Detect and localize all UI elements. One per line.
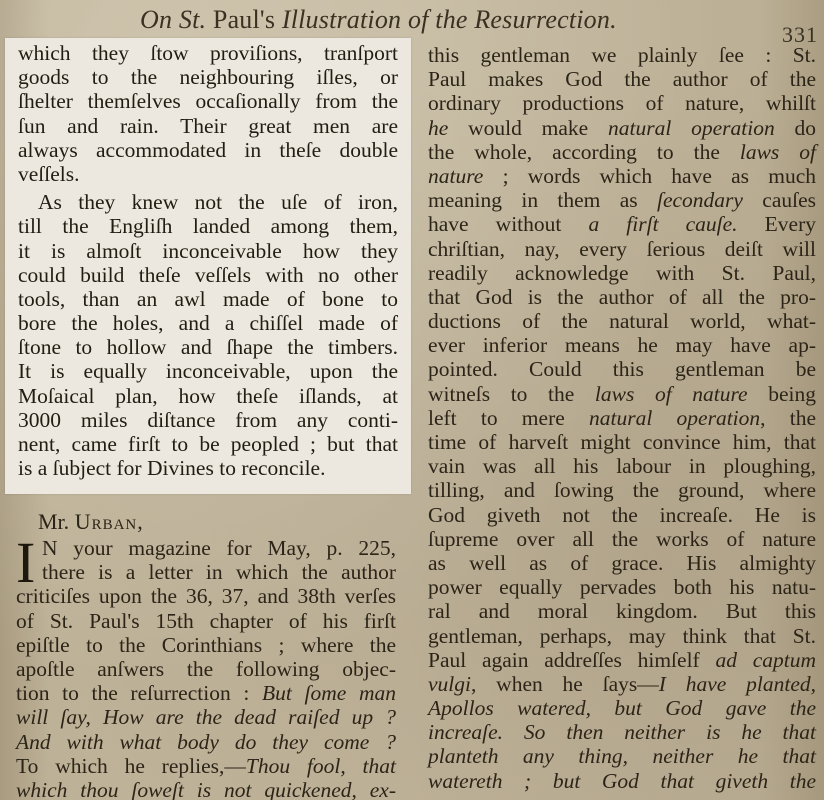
text-roman: time of harveſt might convince him, that (428, 430, 816, 454)
text-roman: left to mere (428, 406, 589, 430)
text-roman: readily acknowledge with St. Paul, (428, 261, 816, 285)
text-line: will ſay, How are the dead raiſed up ? (16, 705, 396, 729)
letter-to-mr-urban: Mr. Urban, I N your magazine for May, p.… (16, 510, 396, 800)
text-line: It is equally inconceivable, upon the (18, 359, 398, 383)
text-line: God giveth not the increaſe. He is (428, 503, 816, 527)
text-line: left to mere natural operation, the (428, 406, 816, 430)
text-italic: a firſt cauſe. (588, 212, 737, 236)
text-line: N your magazine for May, p. 225, (16, 536, 396, 560)
text-line: till the Engliſh landed among them, (18, 214, 398, 238)
letter-body: I N your magazine for May, p. 225, there… (16, 536, 396, 800)
text-roman: Every (738, 212, 816, 236)
right-column: this gentleman we plainly ſee : St.Paul … (428, 43, 816, 793)
salutation-name: Urban, (75, 509, 144, 534)
text-roman: ral and moral kingdom. But this (428, 599, 816, 623)
text-line: criticiſes upon the 36, 37, and 38th ver… (16, 584, 396, 608)
text-line: To which he replies,—Thou fool, that (16, 754, 396, 778)
text-line: time of harveſt might convince him, that (428, 430, 816, 454)
text-roman: Paul again addreſſes himſelf (428, 648, 715, 672)
text-line: And with what body do they come ? (16, 730, 396, 754)
text-line: he would make natural operation do (428, 116, 816, 140)
text-italic: ſecondary (657, 188, 743, 212)
text-roman: power equally pervades both his natu- (428, 575, 816, 599)
text-roman: ductions of the natural world, what- (428, 309, 816, 333)
text-line: Moſaical plan, how theſe iſlands, at (18, 384, 398, 408)
text-roman: the whole, according to the (428, 140, 740, 164)
text-roman: To which he replies,— (16, 754, 246, 778)
text-italic: ad captum (715, 648, 816, 672)
text-italic: But ſome man (262, 681, 396, 705)
text-roman: would make (448, 116, 608, 140)
text-italic: laws of nature (595, 382, 748, 406)
text-line: gentleman, perhaps, may think that St. (428, 624, 816, 648)
text-line: pointed. Could this gentleman be (428, 357, 816, 381)
text-line: veſſels. (18, 162, 398, 186)
running-title-part-2: Paul's (213, 5, 282, 34)
text-line: Paul again addreſſes himſelf ad captum (428, 648, 816, 672)
text-line: always accommodated in theſe double (18, 138, 398, 162)
text-line: goods to the neighbouring iſles, or (18, 65, 398, 89)
text-line: ordinary productions of nature, whilſt (428, 91, 816, 115)
text-line: vain was all his labour in ploughing, (428, 454, 816, 478)
text-line: tilling, and ſowing the ground, where (428, 478, 816, 502)
text-roman: do (775, 116, 816, 140)
text-line: which they ſtow proviſions, tranſport (18, 41, 398, 65)
salutation: Mr. Urban, (16, 510, 396, 536)
text-italic: planteth any thing, neither he that (428, 744, 816, 768)
text-roman: ordinary productions of nature, whilſt (428, 91, 816, 115)
text-line: planteth any thing, neither he that (428, 744, 816, 768)
text-line: increaſe. So then neither is he that (428, 720, 816, 744)
text-line: as well as of grace. His almighty (428, 551, 816, 575)
text-line: Paul makes God the author of the (428, 67, 816, 91)
text-line: tion to the reſurrection : But ſome man (16, 681, 396, 705)
text-italic: natural operation (589, 406, 760, 430)
text-line: ever inferior means he may have ap- (428, 333, 816, 357)
running-title-part-3: Illustration of the Resurrection. (282, 5, 617, 34)
text-line: is a ſubject for Divines to reconcile. (18, 456, 398, 480)
text-line: witneſs to the laws of nature being (428, 382, 816, 406)
text-line-partial: which thou ſoweſt is not quickened, ex- (16, 778, 396, 800)
text-line: of St. Paul's 15th chapter of his firſt (16, 609, 396, 633)
text-line: the whole, according to the laws of (428, 140, 816, 164)
text-line: that God is the author of all the pro- (428, 285, 816, 309)
drop-cap: I (16, 538, 35, 588)
scanned-page: On St. Paul's Illustration of the Resurr… (0, 0, 824, 800)
text-roman: being (748, 382, 816, 406)
text-italic: nature (428, 164, 483, 188)
text-line: ral and moral kingdom. But this (428, 599, 816, 623)
text-roman: meaning in them as (428, 188, 657, 212)
text-line: ſupreme over all the works of nature (428, 527, 816, 551)
text-roman: Paul makes God the author of the (428, 67, 816, 91)
text-line: bore the holes, and a chiſſel made of (18, 311, 398, 335)
text-italic: he (428, 116, 448, 140)
text-line: nent, came firſt to be peopled ; but tha… (18, 432, 398, 456)
text-italic: I have planted, (659, 672, 816, 696)
text-line: 3000 miles diſtance from any conti- (18, 408, 398, 432)
text-line: Apollos watered, but God gave the (428, 696, 816, 720)
text-line: ſhelter themſelves occaſionally from the (18, 89, 398, 113)
text-line: readily acknowledge with St. Paul, (428, 261, 816, 285)
text-roman: God giveth not the increaſe. He is (428, 503, 816, 527)
text-line: watereth ; but God that giveth the (428, 769, 816, 793)
running-title-part-1: On St. (140, 5, 213, 34)
text-roman: chriſtian, nay, every ſerious deiſt will (428, 237, 816, 261)
text-line: there is a letter in which the author (16, 560, 396, 584)
text-roman: gentleman, perhaps, may think that St. (428, 624, 816, 648)
salutation-prefix: Mr. (38, 509, 75, 534)
text-roman: ever inferior means he may have ap- (428, 333, 816, 357)
text-line: have without a firſt cauſe. Every (428, 212, 816, 236)
text-line: chriſtian, nay, every ſerious deiſt will (428, 237, 816, 261)
text-line: epiſtle to the Corinthians ; where the (16, 633, 396, 657)
text-line: could build theſe veſſels with no other (18, 263, 398, 287)
text-roman: ſupreme over all the works of nature (428, 527, 816, 551)
text-italic: increaſe. So then neither is he that (428, 720, 816, 744)
highlighted-passage: which they ſtow proviſions, tranſport go… (18, 41, 398, 480)
text-line: it is almoſt inconceivable how they (18, 239, 398, 263)
text-line: ſtone to hollow and ſhape the timbers. (18, 335, 398, 359)
text-roman: this gentleman we plainly ſee : St. (428, 43, 816, 67)
text-line: power equally pervades both his natu- (428, 575, 816, 599)
text-italic: Thou fool, that (246, 754, 396, 778)
text-line: As they knew not the uſe of iron, (18, 190, 398, 214)
text-roman: pointed. Could this gentleman be (428, 357, 816, 381)
text-roman: witneſs to the (428, 382, 595, 406)
running-head: On St. Paul's Illustration of the Resurr… (0, 2, 824, 36)
text-line: nature ; words which have as much (428, 164, 816, 188)
text-line: apoſtle anſwers the following objec- (16, 657, 396, 681)
text-line: this gentleman we plainly ſee : St. (428, 43, 816, 67)
text-roman: cauſes (743, 188, 816, 212)
text-roman: vain was all his labour in ploughing, (428, 454, 816, 478)
paragraph-2: As they knew not the uſe of iron, till t… (18, 190, 398, 480)
text-line: vulgi, when he ſays—I have planted, (428, 672, 816, 696)
text-roman: , the (760, 406, 816, 430)
text-roman: tion to the reſurrection : (16, 681, 262, 705)
running-title: On St. Paul's Illustration of the Resurr… (140, 5, 617, 35)
paragraph-1: which they ſtow proviſions, tranſport go… (18, 41, 398, 186)
text-roman: as well as of grace. His almighty (428, 551, 816, 575)
text-italic: laws of (740, 140, 816, 164)
text-line: ſun and rain. Their great men are (18, 114, 398, 138)
text-italic: watereth ; but God that giveth the (428, 769, 816, 793)
text-line: tools, than an awl made of bone to (18, 287, 398, 311)
text-italic: Apollos watered, but God gave the (428, 696, 816, 720)
text-roman: ; words which have as much (483, 164, 816, 188)
text-line: ductions of the natural world, what- (428, 309, 816, 333)
text-italic: vulgi (428, 672, 471, 696)
text-roman: have without (428, 212, 588, 236)
text-line: meaning in them as ſecondary cauſes (428, 188, 816, 212)
text-italic: natural operation (608, 116, 775, 140)
text-roman: tilling, and ſowing the ground, where (428, 478, 816, 502)
text-roman: , when he ſays— (471, 672, 659, 696)
text-roman: that God is the author of all the pro- (428, 285, 816, 309)
